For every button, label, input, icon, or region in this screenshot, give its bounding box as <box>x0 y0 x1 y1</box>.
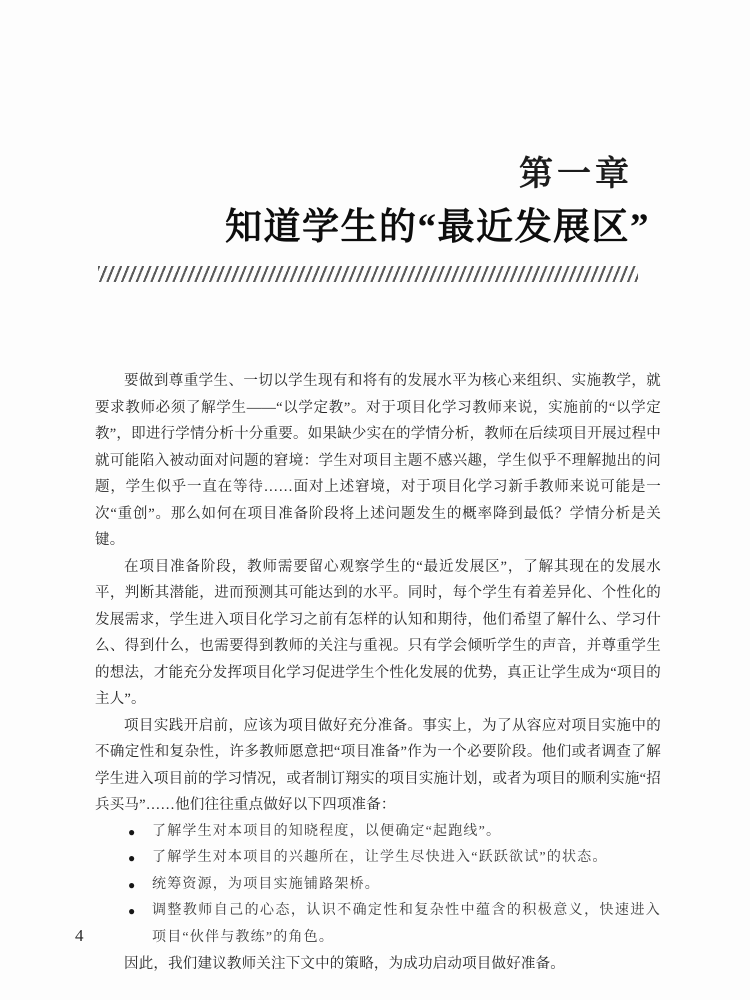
book-page: 第一章 知道学生的“最近发展区” 要做到尊重学生、一切以学生现有和将有的发展水平… <box>0 0 750 1000</box>
bullet-dot-icon: ● <box>128 898 152 951</box>
bullet-item-text: 了解学生对本项目的知晓程度，以便确定“起跑线”。 <box>152 819 661 846</box>
bullet-item-text: 了解学生对本项目的兴趣所在，让学生尽快进入“跃跃欲试”的状态。 <box>152 845 661 872</box>
paragraph-project-preparation: 项目实践开启前，应该为项目做好充分准备。事实上，为了从容应对项目实施中的不确定性… <box>95 713 661 819</box>
bullet-dot-icon: ● <box>128 819 152 846</box>
body-text-block: 要做到尊重学生、一切以学生现有和将有的发展水平为核心来组织、实施教学，就要求教师… <box>95 368 661 978</box>
list-item: ● 统筹资源，为项目实施铺路架桥。 <box>95 872 661 899</box>
paragraph-zone-of-proximal-development: 在项目准备阶段，教师需要留心观察学生的“最近发展区”，了解其现在的发展水平，判断… <box>95 554 661 713</box>
closing-paragraph: 因此，我们建议教师关注下文中的策略，为成功启动项目做好准备。 <box>95 951 661 978</box>
list-item: ● 调整教师自己的心态，认识不确定性和复杂性中蕴含的积极意义，快速进入项目“伙伴… <box>95 898 661 951</box>
hatched-divider-line <box>98 266 638 282</box>
chapter-title-heading: 知道学生的“最近发展区” <box>225 205 650 250</box>
page-number: 4 <box>75 924 84 948</box>
bullet-item-text: 统筹资源，为项目实施铺路架桥。 <box>152 872 661 899</box>
bullet-item-text: 调整教师自己的心态，认识不确定性和复杂性中蕴含的积极意义，快速进入项目“伙伴与教… <box>152 898 661 951</box>
chapter-number-heading: 第一章 <box>519 154 633 194</box>
preparation-bullet-list: ● 了解学生对本项目的知晓程度，以便确定“起跑线”。 ● 了解学生对本项目的兴趣… <box>95 819 661 952</box>
list-item: ● 了解学生对本项目的兴趣所在，让学生尽快进入“跃跃欲试”的状态。 <box>95 845 661 872</box>
bullet-dot-icon: ● <box>128 845 152 872</box>
bullet-dot-icon: ● <box>128 872 152 899</box>
list-item: ● 了解学生对本项目的知晓程度，以便确定“起跑线”。 <box>95 819 661 846</box>
paragraph-learning-analysis: 要做到尊重学生、一切以学生现有和将有的发展水平为核心来组织、实施教学，就要求教师… <box>95 368 661 554</box>
